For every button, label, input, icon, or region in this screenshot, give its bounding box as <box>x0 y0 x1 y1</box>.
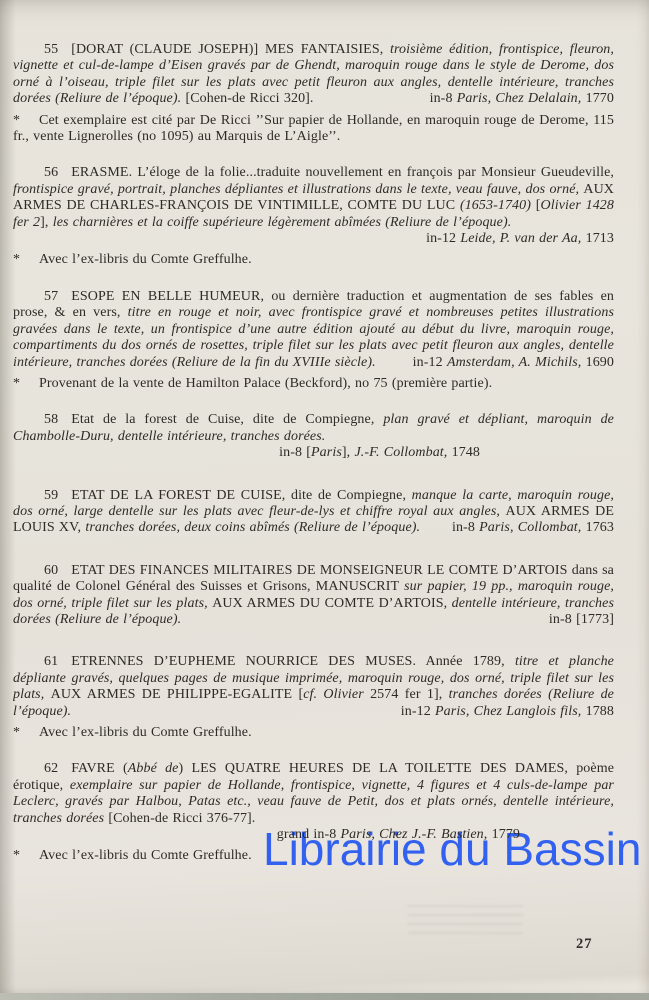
text-segment: in-8 <box>430 91 457 106</box>
text-segment: ], <box>40 215 53 230</box>
text-segment: Amsterdam, A. Michils, <box>447 355 581 370</box>
entry-imprint: in-12 Amsterdam, A. Michils, 1690 <box>403 355 614 371</box>
note-asterisk: * <box>13 725 39 741</box>
entry-number: 62 <box>44 761 58 776</box>
entry-description: 61ETRENNES D’EUPHEME NOURRICE DES MUSES.… <box>13 654 614 720</box>
text-segment: ERASME. L’éloge de la folie...traduite n… <box>71 165 614 180</box>
entry-description: 58Etat de la forest de Cuise, dite de Co… <box>13 412 614 445</box>
entry-description: 60ETAT DES FINANCES MILITAIRES DE MONSEI… <box>13 563 614 629</box>
entry-description: 59ETAT DE LA FOREST DE CUISE, dite de Co… <box>13 488 614 537</box>
text-segment: ETRENNES D’EUPHEME NOURRICE DES MUSES. A… <box>71 654 515 669</box>
entry-imprint: in-8 [Paris], J.-F. Collombat, 1748 <box>13 445 614 461</box>
entry-number: 61 <box>44 654 58 669</box>
catalog-text-block: 55[DORAT (CLAUDE JOSEPH)] MES FANTAISIES… <box>13 42 614 885</box>
entry-note: *Avec l’ex-libris du Comte Greffulhe. <box>13 848 614 864</box>
text-segment: [Cohen-de Ricci 320]. <box>185 91 313 106</box>
text-segment: cf. Olivier <box>303 687 364 702</box>
text-segment: J.-F. Collombat, <box>354 445 447 460</box>
catalog-entry-62: 62FAVRE (Abbé de) LES QUATRE HEURES DE L… <box>13 761 614 864</box>
text-segment: tranches dorées, deux coins abîmés (Reli… <box>85 520 420 535</box>
text-segment: in-12 <box>413 355 447 370</box>
text-segment: in-12 <box>401 704 435 719</box>
entry-number: 59 <box>44 488 58 503</box>
text-segment: [DORAT (CLAUDE JOSEPH)] MES FANTAISIES, <box>71 42 390 57</box>
note-asterisk: * <box>13 113 39 129</box>
catalog-entry-57: 57ESOPE EN BELLE HUMEUR, ou dernière tra… <box>13 289 614 392</box>
text-segment: 1690 <box>581 355 614 370</box>
text-segment: 1779 <box>487 827 520 842</box>
entry-note: *Provenant de la vente de Hamilton Palac… <box>13 376 614 392</box>
note-text: Avec l’ex-libris du Comte Greffulhe. <box>39 848 252 863</box>
text-segment: AUX ARMES DU COMTE D’ARTOIS, <box>212 596 451 611</box>
entry-note: *Avec l’ex-libris du Comte Greffulhe. <box>13 252 614 268</box>
text-segment: in-8 [ <box>279 445 311 460</box>
entries-list: 55[DORAT (CLAUDE JOSEPH)] MES FANTAISIES… <box>13 42 614 865</box>
text-segment: 1770 <box>581 91 614 106</box>
text-segment: Paris, Chez Delalain, <box>457 91 582 106</box>
entry-number: 57 <box>44 289 58 304</box>
entry-description: 55[DORAT (CLAUDE JOSEPH)] MES FANTAISIES… <box>13 42 614 108</box>
text-segment: in-12 <box>426 231 460 246</box>
table-surface-edge <box>0 993 649 1000</box>
text-segment: 1713 <box>581 231 614 246</box>
text-segment: FAVRE ( <box>71 761 128 776</box>
text-segment: ], <box>342 445 355 460</box>
entry-number: 55 <box>44 42 58 57</box>
entry-imprint: in-8 Paris, Chez Delalain, 1770 <box>420 91 614 107</box>
entry-number: 56 <box>44 165 58 180</box>
page-number: 27 <box>576 936 593 953</box>
text-segment: 1763 <box>581 520 614 535</box>
entry-imprint: in-12 Leide, P. van der Aa, 1713 <box>416 231 614 247</box>
catalog-entry-56: 56ERASME. L’éloge de la folie...traduite… <box>13 165 614 268</box>
note-asterisk: * <box>13 848 39 864</box>
entry-imprint: in-12 Paris, Chez Langlois fils, 1788 <box>391 704 614 720</box>
page-bleed-through <box>408 898 523 934</box>
text-segment: 1788 <box>581 704 614 719</box>
text-segment: Paris, Chez Langlois fils, <box>435 704 581 719</box>
catalog-entry-61: 61ETRENNES D’EUPHEME NOURRICE DES MUSES.… <box>13 654 614 741</box>
book-page-photo: Librairie du Bassin 55[DORAT (CLAUDE JOS… <box>0 0 649 1000</box>
entry-note: *Avec l’ex-libris du Comte Greffulhe. <box>13 725 614 741</box>
entry-number: 58 <box>44 412 58 427</box>
text-segment: (1653-1740) <box>460 198 536 213</box>
text-segment: frontispice gravé, portrait, planches dé… <box>13 182 583 197</box>
text-segment: exemplaire sur papier de Hollande, front… <box>13 778 614 826</box>
note-text: Avec l’ex-libris du Comte Greffulhe. <box>39 252 252 267</box>
entry-imprint: in-8 Paris, Collombat, 1763 <box>442 520 614 536</box>
text-segment: Paris, Collombat, <box>479 520 581 535</box>
text-segment: Abbé de <box>128 761 179 776</box>
catalog-entry-60: 60ETAT DES FINANCES MILITAIRES DE MONSEI… <box>13 563 614 629</box>
text-segment: 1748 <box>447 445 480 460</box>
entry-description: 56ERASME. L’éloge de la folie...traduite… <box>13 165 614 247</box>
text-segment: AUX ARMES DE PHILIPPE-EGALITE [ <box>51 687 304 702</box>
entry-note: *Cet exemplaire est cité par De Ricci ’’… <box>13 113 614 146</box>
text-segment: les charnières et la coiffe supérieure l… <box>53 215 512 230</box>
text-segment: [Cohen-de Ricci 376-77]. <box>108 811 255 826</box>
text-segment: in-8 <box>452 520 479 535</box>
note-text: Cet exemplaire est cité par De Ricci ’’S… <box>13 113 614 144</box>
entry-imprint: in-8 [1773] <box>539 612 614 628</box>
text-segment: grand in-8 <box>277 827 341 842</box>
entry-number: 60 <box>44 563 58 578</box>
catalog-entry-55: 55[DORAT (CLAUDE JOSEPH)] MES FANTAISIES… <box>13 42 614 145</box>
entry-description: 57ESOPE EN BELLE HUMEUR, ou dernière tra… <box>13 289 614 371</box>
text-segment: Etat de la forest de Cuise, dite de Comp… <box>71 412 383 427</box>
text-segment: ETAT DE LA FOREST DE CUISE, dite de Comp… <box>71 488 411 503</box>
note-asterisk: * <box>13 376 39 392</box>
entry-imprint: grand in-8 Paris, Chez J.-F. Bastien, 17… <box>13 827 614 843</box>
entry-description: 62FAVRE (Abbé de) LES QUATRE HEURES DE L… <box>13 761 614 827</box>
note-text: Provenant de la vente de Hamilton Palace… <box>39 376 492 391</box>
catalog-entry-59: 59ETAT DE LA FOREST DE CUISE, dite de Co… <box>13 488 614 537</box>
text-segment: Leide, P. van der Aa, <box>460 231 581 246</box>
text-segment: in-8 [1773] <box>549 612 614 627</box>
text-segment: Paris <box>311 445 342 460</box>
note-asterisk: * <box>13 252 39 268</box>
text-segment: Paris, Chez J.-F. Bastien, <box>341 827 488 842</box>
text-segment: 2574 fer 1], <box>364 687 449 702</box>
catalog-entry-58: 58Etat de la forest de Cuise, dite de Co… <box>13 412 614 461</box>
note-text: Avec l’ex-libris du Comte Greffulhe. <box>39 725 252 740</box>
